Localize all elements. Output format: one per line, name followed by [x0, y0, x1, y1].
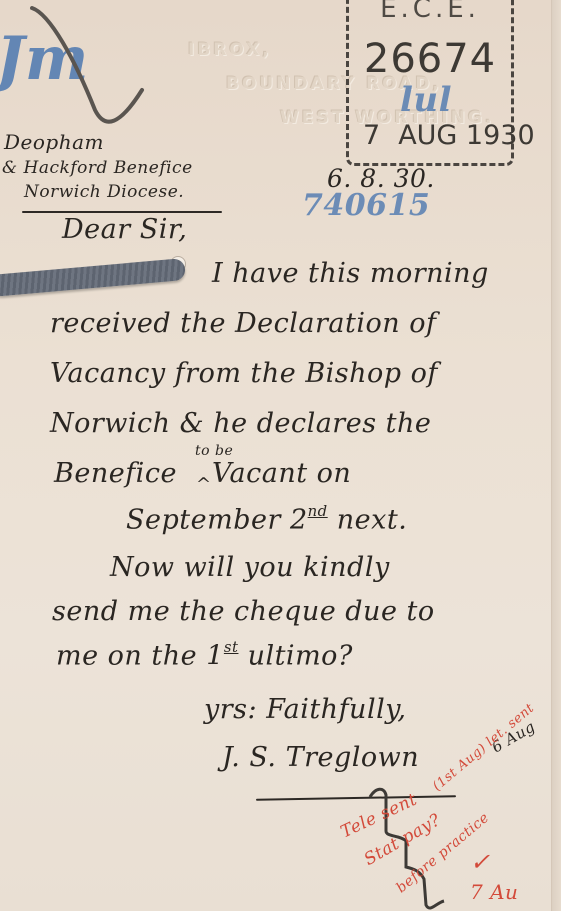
stamp-date: 7AUG 1930: [363, 120, 503, 151]
stamp-day: 7: [363, 120, 380, 151]
body-line-2: received the Declaration of: [50, 308, 436, 339]
stamp-number: 26674: [349, 36, 511, 82]
me-suffix: st: [224, 638, 239, 656]
salutation: Dear Sir,: [62, 214, 187, 245]
september-text: September 2: [126, 505, 308, 536]
insertion-text: to be: [195, 443, 233, 459]
red-annotation-5: 7 Au: [470, 880, 518, 904]
loop-stroke: [20, 0, 180, 140]
body-line-benefice: Benefice: [54, 458, 177, 489]
body-line-send: send me the cheque due to: [52, 596, 435, 627]
stamp-header: E.C.E.: [349, 0, 511, 24]
stamp-month-year: AUG 1930: [398, 120, 534, 151]
subject-underline: [22, 211, 222, 213]
signature: J. S. Treglown: [222, 742, 419, 773]
body-line-me: me on the 1st ultimo?: [56, 638, 353, 672]
letterhead-line-1: IBROX,: [188, 40, 272, 60]
me-text: me on the 1: [56, 641, 224, 672]
september-suffix: nd: [308, 502, 328, 520]
subject-line-3: Norwich Diocese.: [24, 182, 184, 202]
closing: yrs: Faithfully,: [204, 694, 406, 725]
body-line-september: September 2nd next.: [126, 502, 407, 536]
stamp-initials: lul: [400, 80, 452, 120]
insertion-caret: ^: [196, 474, 212, 495]
me-end: ultimo?: [248, 641, 353, 672]
blue-reference-number: 740615: [302, 188, 430, 223]
red-checkmark: ✓: [470, 848, 491, 876]
body-line-3: Vacancy from the Bishop of: [50, 358, 438, 389]
september-end: next.: [337, 505, 408, 536]
body-line-vacant: Vacant on: [212, 458, 351, 489]
body-line-4: Norwich & he declares the: [50, 408, 431, 439]
body-line-now: Now will you kindly: [110, 552, 390, 583]
body-line-1: I have this morning: [212, 258, 489, 289]
subject-line-1: Deopham: [4, 130, 104, 154]
page-edge: [551, 0, 561, 911]
subject-line-2: & Hackford Benefice: [2, 158, 193, 178]
